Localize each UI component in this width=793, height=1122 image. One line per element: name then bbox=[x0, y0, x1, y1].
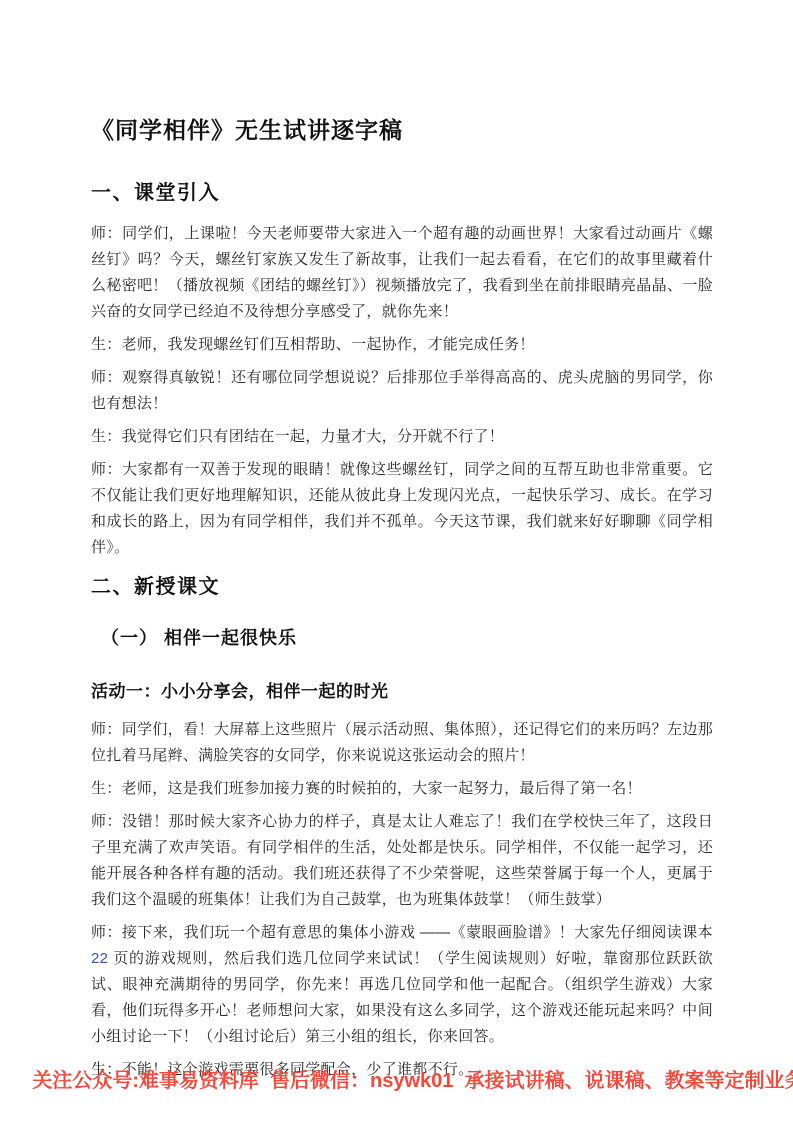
section-heading-new-lesson: 二、新授课文 bbox=[91, 574, 713, 601]
dialog-paragraph-teacher-5: 师：没错！那时候大家齐心协力的样子，真是太让人难忘了！我们在学校快三年了，这段日… bbox=[91, 809, 713, 913]
document-title: 《同学相伴》无生试讲逐字稿 bbox=[91, 116, 713, 144]
game-text-before: 师：接下来，我们玩一个超有意思的集体小游戏 ——《蒙眼画脸谱》！大家先仔细阅读课… bbox=[91, 924, 713, 941]
textbook-page-number: 22 bbox=[91, 950, 108, 967]
dialog-paragraph-student-3: 生：老师，这是我们班参加接力赛的时候拍的，大家一起努力，最后得了第一名！ bbox=[91, 776, 713, 802]
document-page: 《同学相伴》无生试讲逐字稿 一、课堂引入 师：同学们，上课啦！今天老师要带大家进… bbox=[0, 0, 793, 1122]
dialog-paragraph-teacher-game: 师：接下来，我们玩一个超有意思的集体小游戏 ——《蒙眼画脸谱》！大家先仔细阅读课… bbox=[91, 920, 713, 1050]
activity-heading-sharing: 活动一：小小分享会，相伴一起的时光 bbox=[91, 680, 713, 703]
dialog-paragraph-teacher-3: 师：大家都有一双善于发现的眼睛！就像这些螺丝钉，同学之间的互帮互助也非常重要。它… bbox=[91, 457, 713, 561]
dialog-paragraph-teacher-1: 师：同学们，上课啦！今天老师要带大家进入一个超有趣的动画世界！大家看过动画片《螺… bbox=[91, 221, 713, 325]
dialog-paragraph-teacher-2: 师：观察得真敏锐！还有哪位同学想说说？后排那位手举得高高的、虎头虎脑的男同学，你… bbox=[91, 365, 713, 417]
promo-banner: 关注公众号:难事易资料库 售后微信：nsywk01 承接试讲稿、说课稿、教案等定… bbox=[10, 1045, 793, 1117]
game-text-after: 页的游戏规则，然后我们选几位同学来试试！（学生阅读规则）好啦，靠窗那位跃跃欲试、… bbox=[91, 950, 713, 1045]
section-heading-intro: 一、课堂引入 bbox=[91, 180, 713, 207]
promo-text: 关注公众号:难事易资料库 售后微信：nsywk01 承接试讲稿、说课稿、教案等定… bbox=[32, 1070, 793, 1092]
dialog-paragraph-teacher-4: 师：同学们，看！大屏幕上这些照片（展示活动照、集体照），还记得它们的来历吗？左边… bbox=[91, 717, 713, 769]
subsection-heading-happy-together: （一） 相伴一起很快乐 bbox=[91, 626, 713, 651]
dialog-paragraph-student-1: 生：老师，我发现螺丝钉们互相帮助、一起协作，才能完成任务！ bbox=[91, 332, 713, 358]
dialog-paragraph-student-2: 生：我觉得它们只有团结在一起，力量才大，分开就不行了！ bbox=[91, 424, 713, 450]
document-content: 《同学相伴》无生试讲逐字稿 一、课堂引入 师：同学们，上课啦！今天老师要带大家进… bbox=[91, 116, 713, 1090]
